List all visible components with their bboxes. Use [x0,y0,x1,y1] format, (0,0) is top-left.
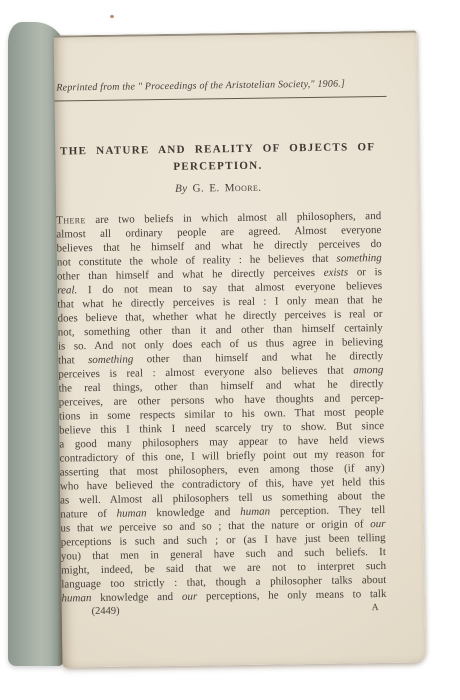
reprint-note: Reprinted from the " Proceedings of the … [54,77,386,102]
body-text: There are two beliefs in which almost al… [56,209,386,605]
plate-number: (2449) [92,605,120,618]
byline: By G. E. Moore. [56,180,381,198]
article-title: THE NATURE AND REALITY OF OBJECTS OF PER… [55,139,380,177]
reprint-note-text: Reprinted from the " Proceedings of the … [56,79,345,94]
photo-background: Reprinted from the " Proceedings of the … [0,0,460,700]
signature-mark: A [372,602,379,615]
fox-spot [110,15,114,18]
book-page: Reprinted from the " Proceedings of the … [54,30,426,667]
